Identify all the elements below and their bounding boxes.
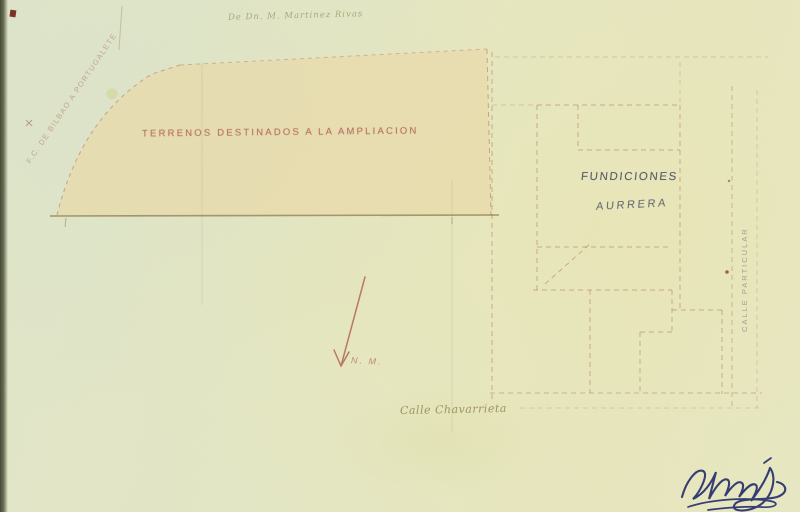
street-right-label: CALLE PARTICULAR — [740, 227, 749, 332]
company-name-line1: FUNDICIONES — [580, 171, 678, 183]
north-mark-label: N. M. — [351, 355, 383, 367]
scan-edge-left — [0, 0, 8, 512]
plan-drawing — [0, 0, 800, 512]
scanned-site-plan: De Dn. M. Martinez Rivas F.C. DE BILBAO … — [0, 0, 800, 512]
paper-grain-texture — [0, 0, 800, 512]
street-bottom-label: Calle Chavarrieta — [400, 402, 507, 417]
